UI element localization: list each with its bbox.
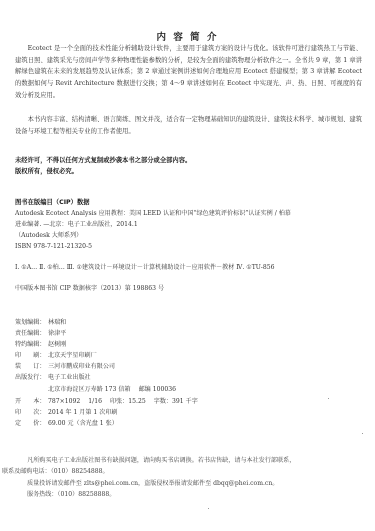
spec-value: 787×1092 1/16 印张：15.25 字数：391 千字 <box>48 398 198 405</box>
staff-row-publisher: 出版发行：电子工业出版社 <box>15 372 91 383</box>
cip-title-line: Autodesk Ecotect Analysis 应用教程：美国 LEED 认… <box>15 208 291 219</box>
spec-label: 开 本： <box>15 396 48 407</box>
cip-isbn: ISBN 978-7-121-21320-5 <box>15 241 92 252</box>
cip-record-number: 中国版本图书馆 CIP 数据核字（2013）第 198863 号 <box>15 283 164 292</box>
rights-reserved: 版权所有，侵权必究。 <box>15 166 78 178</box>
staff-row-responsible-editor: 责任编辑：徐津平 <box>15 328 66 339</box>
staff-value: 林瑞和 <box>48 319 66 326</box>
spec-value: 2014 年 1 月第 1 次印刷 <box>48 409 118 416</box>
staff-label: 出版发行： <box>15 372 48 383</box>
spec-label: 印 次： <box>15 407 48 418</box>
scan-speck <box>328 398 329 399</box>
scan-speck <box>208 508 209 509</box>
staff-label: 责任编辑： <box>15 328 48 339</box>
staff-label: 印 刷： <box>15 350 48 361</box>
staff-value: 电子工业出版社 <box>48 374 91 381</box>
summary-paragraph-2: 本书内容丰富、结构清晰、语言简练、图文并茂，适合有一定物理基础知识的建筑设计、建… <box>15 114 362 137</box>
staff-label: 装 订： <box>15 361 48 372</box>
staff-value: 三河市鹏成印业有限公司 <box>48 363 115 370</box>
notice-service-hotline: 服务热线：（010）88258888。 <box>27 489 375 501</box>
staff-row-special-editor: 特约编辑：赵树刚 <box>15 339 66 350</box>
publisher-address: 北京市海淀区万寿路 173 信箱 邮编 100036 <box>48 384 176 393</box>
page-title: 内 容 简 介 <box>0 29 375 43</box>
cip-author-line: 进业编著. —北京：电子工业出版社，2014.1 <box>15 219 138 230</box>
cip-heading: 图书在版编目（CIP）数据 <box>15 197 90 206</box>
spec-row-printing: 印 次：2014 年 1 月第 1 次印刷 <box>15 407 118 418</box>
staff-row-planning-editor: 策划编辑：林瑞和 <box>15 317 66 328</box>
cip-series-line: （Autodesk 大师系列） <box>15 230 82 241</box>
staff-row-printer: 印 刷：北京天宇星印刷厂 <box>15 350 97 361</box>
staff-row-binding: 装 订：三河市鹏成印业有限公司 <box>15 361 115 372</box>
staff-value: 徐津平 <box>48 330 66 337</box>
summary-paragraph-1: Ecotect 是一个全面的技术性能分析辅助设计软件，主要用于建筑方案的设计与优… <box>15 43 362 102</box>
spec-row-format: 开 本：787×1092 1/16 印张：15.25 字数：391 千字 <box>15 396 198 407</box>
staff-value: 赵树刚 <box>48 341 66 348</box>
staff-value: 北京天宇星印刷厂 <box>48 352 97 359</box>
spec-label: 定 价： <box>15 418 48 429</box>
notice-defect-return: 凡所购买电子工业出版社图书有缺损问题，请向购买书店调换。若书店售缺，请与本社发行… <box>15 455 365 467</box>
spec-row-price: 定 价：69.00 元（含光盘 1 张） <box>15 418 118 429</box>
staff-label: 策划编辑： <box>15 317 48 328</box>
copyright-page: 内 容 简 介 Ecotect 是一个全面的技术性能分析辅助设计软件，主要用于建… <box>0 0 375 531</box>
spec-value: 69.00 元（含光盘 1 张） <box>48 420 118 427</box>
notice-complaint-emails: 质量投诉请发邮件至 zlts@phei.com.cn，盗版侵权举报请发邮件至 d… <box>27 478 375 490</box>
copyright-notice: 未经许可，不得以任何方式复制或抄袭本书之部分或全部内容。 <box>15 155 191 167</box>
cip-classification: Ⅰ. ①A… Ⅱ. ①柏… Ⅲ. ①建筑设计－环境设计－计算机辅助设计－应用软件… <box>15 262 274 271</box>
scan-speck <box>362 433 363 434</box>
notice-order-phone: 联系及邮购电话：（010）88254888。 <box>2 466 352 478</box>
staff-label: 特约编辑： <box>15 339 48 350</box>
